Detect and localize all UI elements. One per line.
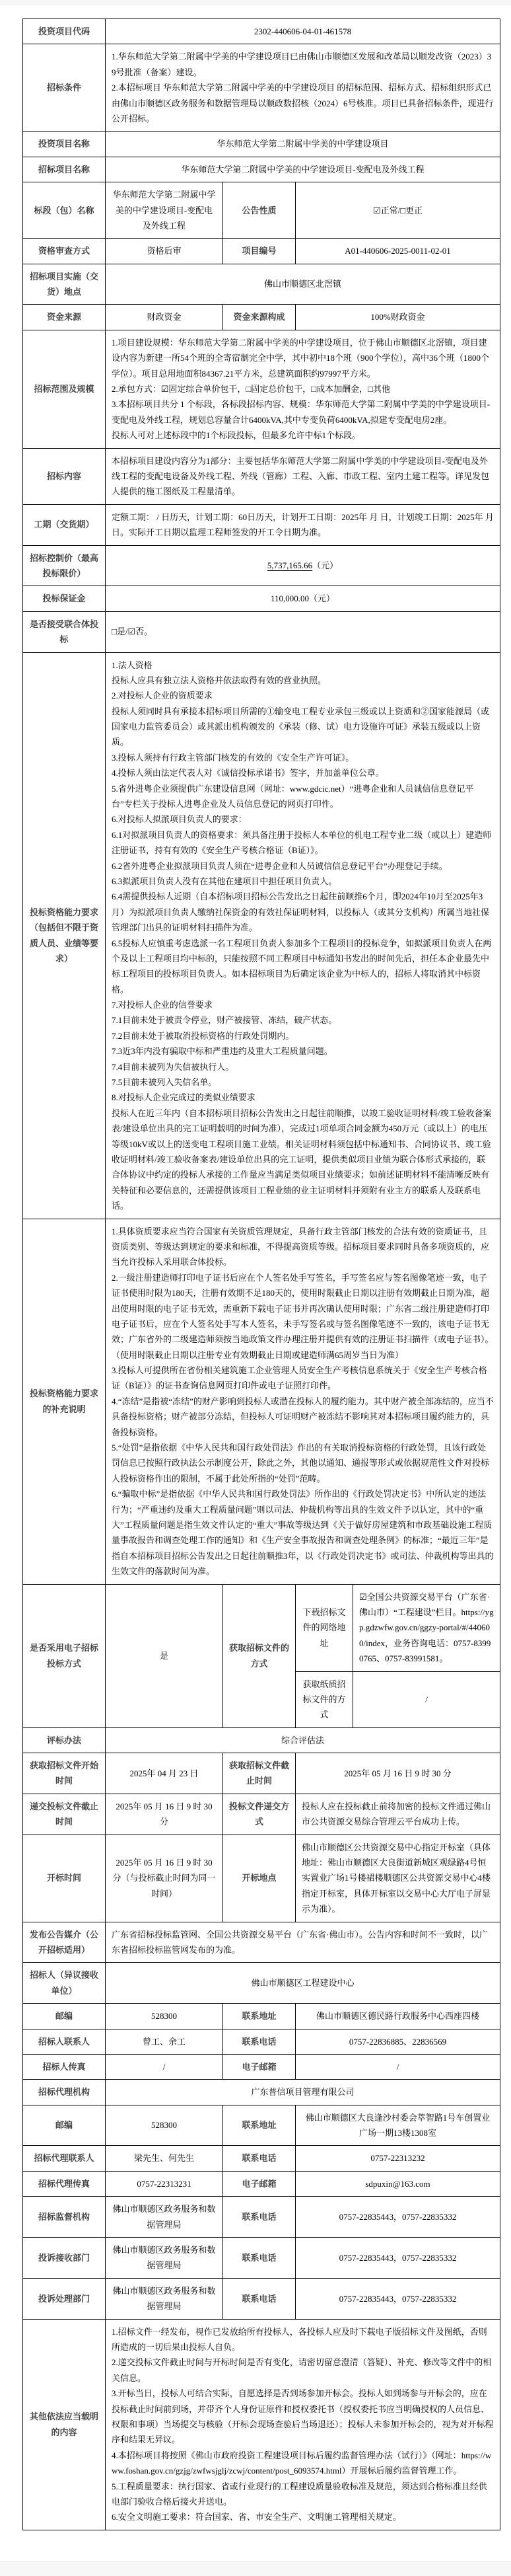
- complaint-handling-value: 佛山市顺德区政务服务和数据管理局: [106, 2278, 223, 2319]
- tenderer-email-value: /: [296, 2054, 500, 2079]
- row-tender-content: 招标内容 本招标项目建设内容分为1部分：主要包括华东师范大学第二附属中学美的中学…: [23, 448, 500, 504]
- row-construction-period: 工期（交货期） 定额工期： / 日历天，计划工期：60日历天，计划开工日期：20…: [23, 504, 500, 545]
- paper-documents-method-label: 获取纸质招标文件的方式: [296, 1671, 353, 1727]
- row-bid-deposit: 投标保证金 110,000.00（元）: [23, 586, 500, 611]
- complaint-handling-label: 投诉处理部门: [23, 2278, 106, 2319]
- tender-project-name-label: 招标项目名称: [23, 157, 106, 182]
- agency-fax-label: 招标代理传真: [23, 2171, 106, 2196]
- page-top-strip: [0, 0, 511, 5]
- construction-period-label: 工期（交货期）: [23, 504, 106, 545]
- complaint-receiving-value: 佛山市顺德区政务服务和数据管理局: [106, 2238, 223, 2279]
- agency-address-value: 佛山市顺德区大良逢沙村委会萃智路1号车创置业广场一期13楼1308室: [296, 2105, 500, 2146]
- project-number-value: A01-440606-2025-0011-02-01: [296, 239, 500, 264]
- row-qualification-review: 资格审查方式 资格后审 项目编号 A01-440606-2025-0011-02…: [23, 239, 500, 264]
- bid-deposit-value: 110,000.00（元）: [106, 586, 500, 611]
- announcement-nature-label: 公告性质: [223, 182, 296, 239]
- consortium-bidding-label: 是否接受联合体投标: [23, 611, 106, 652]
- agency-zip-label: 邮编: [23, 2105, 106, 2146]
- doc-obtain-start-label: 获取招标文件开始时间: [23, 1753, 106, 1794]
- agency-zip-value: 528300: [106, 2105, 223, 2146]
- tenderer-value: 佛山市顺德区工程建设中心: [106, 1963, 500, 2004]
- project-code-value: 2302-440606-04-01-461578: [106, 19, 500, 44]
- agency-label: 招标代理机构: [23, 2080, 106, 2105]
- row-project-code: 投资项目代码 2302-440606-04-01-461578: [23, 19, 500, 44]
- section-name-value: 华东师范大学第二附属中学美的中学建设项目-变配电及外线工程: [106, 182, 223, 239]
- row-agency: 招标代理机构 广东普信项目管理有限公司: [23, 2080, 500, 2105]
- complaint-receiving-label: 投诉接收部门: [23, 2238, 106, 2279]
- row-evaluation-method: 评标办法 综合评估法: [23, 1727, 500, 1753]
- paper-documents-method-value: /: [353, 1671, 500, 1727]
- row-electronic-bidding: 是否采用电子招标投标方式 是 获取招标文件的方式 下载招标文件的网络地址 ☑全国…: [23, 1584, 500, 1671]
- submission-method-label: 投标文件递交方式: [223, 1794, 296, 1835]
- tender-conditions-value: 1.华东师范大学第二附属中学美的中学建设项目已由佛山市顺德区发展和改革局以顺发改…: [106, 44, 500, 132]
- row-capability-requirements: 投标资格能力要求（包括但不限于资质人员、业绩等要求） 1.法人资格投标人应具有独…: [23, 652, 500, 1219]
- download-url-label: 下载招标文件的网络地址: [296, 1584, 353, 1671]
- complaint-handling-phone-value: 0757-22835443，0757-22835332: [296, 2278, 500, 2319]
- consortium-bidding-value: □是/☑否。: [106, 611, 500, 652]
- bid-opening-place-label: 开标地点: [223, 1835, 296, 1922]
- investment-project-name-value: 华东师范大学第二附属中学美的中学建设项目: [106, 132, 500, 157]
- capability-supplement-value: 1.具体资质要求应当符合国家有关资质管理规定，具备行政主管部门核发的合法有效的资…: [106, 1219, 500, 1584]
- download-url-value: ☑全国公共资源交易平台（广东省·佛山市）“工程建设”栏目。https://ygp…: [353, 1584, 500, 1671]
- row-tenderer-zip: 邮编 528300 联系地址 佛山市顺德区德民路行政服务中心西座四楼: [23, 2004, 500, 2029]
- row-agency-contact: 招标代理联系人 梁先生、何先生 联系电话 0757-22313232: [23, 2146, 500, 2171]
- control-price-label: 招标控制价（最高投标限价）: [23, 545, 106, 586]
- row-bid-opening: 开标时间 2025年 05 月 16 日 9 时 30 分（与投标截止时间为同一…: [23, 1835, 500, 1922]
- agency-phone-label: 联系电话: [223, 2146, 296, 2171]
- row-control-price: 招标控制价（最高投标限价） 5,737,165.66（元）: [23, 545, 500, 586]
- supervision-phone-label: 联系电话: [223, 2197, 296, 2238]
- fund-composition-value: 100%财政资金: [296, 305, 500, 330]
- investment-project-name-label: 投资项目名称: [23, 132, 106, 157]
- supervision-agency-label: 招标监督机构: [23, 2197, 106, 2238]
- project-number-label: 项目编号: [223, 239, 296, 264]
- tenderer-phone-label: 联系电话: [223, 2029, 296, 2054]
- row-tender-scope: 招标范围及规模 1.项目建设规模：华东师范大学第二附属中学美的中学建设项目，位于…: [23, 330, 500, 448]
- construction-period-value: 定额工期： / 日历天，计划工期：60日历天，计划开工日期：2025年 月 日，…: [106, 504, 500, 545]
- fund-source-value: 财政资金: [106, 305, 223, 330]
- row-document-times: 获取招标文件开始时间 2025年 04 月 23 日 获取招标文件截止时间 20…: [23, 1753, 500, 1794]
- qualification-review-value: 资格后审: [106, 239, 223, 264]
- doc-obtain-start-value: 2025年 04 月 23 日: [106, 1753, 223, 1794]
- agency-contact-label: 招标代理联系人: [23, 2146, 106, 2171]
- tender-announcement-table: 投资项目代码 2302-440606-04-01-461578 招标条件 1.华…: [22, 19, 500, 2530]
- electronic-bidding-value: 是: [106, 1584, 223, 1727]
- evaluation-method-label: 评标办法: [23, 1727, 106, 1753]
- bid-opening-time-label: 开标时间: [23, 1835, 106, 1922]
- tender-announcement-page: 投资项目代码 2302-440606-04-01-461578 招标条件 1.华…: [0, 5, 511, 2530]
- tenderer-contact-label: 招标人联系人: [23, 2029, 106, 2054]
- capability-requirements-value: 1.法人资格投标人应具有独立法人资格并依法取得有效的营业执照。2.对投标人企业的…: [106, 652, 500, 1219]
- bid-deposit-label: 投标保证金: [23, 586, 106, 611]
- row-agency-fax: 招标代理传真 0757-22313231 电子邮箱 sdpuxin@163.co…: [23, 2171, 500, 2196]
- row-investment-project-name: 投资项目名称 华东师范大学第二附属中学美的中学建设项目: [23, 132, 500, 157]
- tenderer-fax-label: 招标人传真: [23, 2054, 106, 2079]
- electronic-bidding-label: 是否采用电子招标投标方式: [23, 1584, 106, 1727]
- doc-obtain-deadline-label: 获取招标文件截止时间: [223, 1753, 296, 1794]
- submission-method-value: 投标人应在投标截止前将加密的投标文件通过佛山市公共资源交易综合管理云平台成功上传…: [296, 1794, 500, 1835]
- row-capability-supplement: 投标资格能力要求的补充说明 1.具体资质要求应当符合国家有关资质管理规定，具备行…: [23, 1219, 500, 1584]
- complaint-handling-phone-label: 联系电话: [223, 2278, 296, 2319]
- tender-scope-value: 1.项目建设规模：华东师范大学第二附属中学美的中学建设项目，位于佛山市顺德区北滘…: [106, 330, 500, 448]
- fund-composition-label: 资金来源构成: [223, 305, 296, 330]
- tender-content-label: 招标内容: [23, 448, 106, 504]
- row-fund-source: 资金来源 财政资金 资金来源构成 100%财政资金: [23, 305, 500, 330]
- agency-address-label: 联系地址: [223, 2105, 296, 2146]
- delivery-location-value: 佛山市顺德区北滘镇: [106, 264, 500, 305]
- announcement-media-value: 广东省招标投标监管网、全国公共资源交易平台（广东省·佛山市）。公告内容和时间不一…: [106, 1922, 500, 1963]
- tenderer-address-label: 联系地址: [223, 2004, 296, 2029]
- capability-requirements-label: 投标资格能力要求（包括但不限于资质人员、业绩等要求）: [23, 652, 106, 1219]
- bid-opening-place-value: 佛山市顺德区公共资源交易中心指定开标室（具体地址：佛山市顺德区大良街道新城区观绿…: [296, 1835, 500, 1922]
- tenderer-contact-value: 曾工、余工: [106, 2029, 223, 2054]
- doc-obtain-deadline-value: 2025年 05 月 16 日 9 时 30 分: [296, 1753, 500, 1794]
- tenderer-phone-value: 0757-22836885、22836569: [296, 2029, 500, 2054]
- row-complaint-receiving: 投诉接收部门 佛山市顺德区政务服务和数据管理局 联系电话 0757-228354…: [23, 2238, 500, 2279]
- other-contents-label: 其他依法应当载明的内容: [23, 2319, 106, 2530]
- page-bottom-strip: [0, 2561, 511, 2576]
- fund-source-label: 资金来源: [23, 305, 106, 330]
- row-tender-conditions: 招标条件 1.华东师范大学第二附属中学美的中学建设项目已由佛山市顺德区发展和改革…: [23, 44, 500, 132]
- agency-contact-value: 梁先生、何先生: [106, 2146, 223, 2171]
- tender-conditions-label: 招标条件: [23, 44, 106, 132]
- row-tenderer-contact: 招标人联系人 曾工、余工 联系电话 0757-22836885、22836569: [23, 2029, 500, 2054]
- row-complaint-handling: 投诉处理部门 佛山市顺德区政务服务和数据管理局 联系电话 0757-228354…: [23, 2278, 500, 2319]
- agency-value: 广东普信项目管理有限公司: [106, 2080, 500, 2105]
- row-tenderer-fax: 招标人传真 / 电子邮箱 /: [23, 2054, 500, 2079]
- tenderer-zip-value: 528300: [106, 2004, 223, 2029]
- row-agency-zip: 邮编 528300 联系地址 佛山市顺德区大良逢沙村委会萃智路1号车创置业广场一…: [23, 2105, 500, 2146]
- row-submission: 递交投标文件截止时间 2025年 05 月 16 日 9 时 30 分 投标文件…: [23, 1794, 500, 1835]
- control-price-unit: （元）: [312, 560, 338, 570]
- bid-opening-time-value: 2025年 05 月 16 日 9 时 30 分（与投标截止时间为同一时间）: [106, 1835, 223, 1922]
- qualification-review-label: 资格审查方式: [23, 239, 106, 264]
- row-other-contents: 其他依法应当载明的内容 1.招标文件一经发布，视作已发放给所有投标人，各投标人应…: [23, 2319, 500, 2530]
- complaint-receiving-phone-label: 联系电话: [223, 2238, 296, 2279]
- tender-content-value: 本招标项目建设内容分为1部分：主要包括华东师范大学第二附属中学美的中学建设项目-…: [106, 448, 500, 504]
- other-contents-value: 1.招标文件一经发布，视作已发放给所有投标人，各投标人应及时下载电子版招标文件及…: [106, 2319, 500, 2530]
- supervision-phone-value: 0757-22835443，0757-22835332: [296, 2197, 500, 2238]
- row-tender-project-name: 招标项目名称 华东师范大学第二附属中学美的中学建设项目-变配电及外线工程: [23, 157, 500, 182]
- control-price-amount: 5,737,165.66: [267, 560, 312, 570]
- tender-project-name-value: 华东师范大学第二附属中学美的中学建设项目-变配电及外线工程: [106, 157, 500, 182]
- complaint-receiving-phone-value: 0757-22835443，0757-22835332: [296, 2238, 500, 2279]
- tenderer-label: 招标人（异议接收单位）: [23, 1963, 106, 2004]
- project-code-label: 投资项目代码: [23, 19, 106, 44]
- agency-email-value: sdpuxin@163.com: [296, 2171, 500, 2196]
- capability-supplement-label: 投标资格能力要求的补充说明: [23, 1219, 106, 1584]
- row-section-name: 标段（包）名称 华东师范大学第二附属中学美的中学建设项目-变配电及外线工程 公告…: [23, 182, 500, 239]
- submission-deadline-value: 2025年 05 月 16 日 9 时 30 分: [106, 1794, 223, 1835]
- delivery-location-label: 招标项目实施（交货）地点: [23, 264, 106, 305]
- agency-fax-value: 0757-22313231: [106, 2171, 223, 2196]
- row-tenderer: 招标人（异议接收单位） 佛山市顺德区工程建设中心: [23, 1963, 500, 2004]
- obtain-documents-method-label: 获取招标文件的方式: [223, 1584, 296, 1727]
- supervision-agency-value: 佛山市顺德区政务服务和数据管理局: [106, 2197, 223, 2238]
- control-price-value: 5,737,165.66（元）: [106, 545, 500, 586]
- evaluation-method-value: 综合评估法: [106, 1727, 500, 1753]
- section-name-label: 标段（包）名称: [23, 182, 106, 239]
- row-delivery-location: 招标项目实施（交货）地点 佛山市顺德区北滘镇: [23, 264, 500, 305]
- tenderer-address-value: 佛山市顺德区德民路行政服务中心西座四楼: [296, 2004, 500, 2029]
- submission-deadline-label: 递交投标文件截止时间: [23, 1794, 106, 1835]
- announcement-media-label: 发布公告媒介（公开招标适用）: [23, 1922, 106, 1963]
- tenderer-zip-label: 邮编: [23, 2004, 106, 2029]
- tenderer-email-label: 电子邮箱: [223, 2054, 296, 2079]
- agency-email-label: 电子邮箱: [223, 2171, 296, 2196]
- announcement-nature-value: ☑正常/□更正: [296, 182, 500, 239]
- tender-scope-label: 招标范围及规模: [23, 330, 106, 448]
- row-announcement-media: 发布公告媒介（公开招标适用） 广东省招标投标监管网、全国公共资源交易平台（广东省…: [23, 1922, 500, 1963]
- row-supervision: 招标监督机构 佛山市顺德区政务服务和数据管理局 联系电话 0757-228354…: [23, 2197, 500, 2238]
- tenderer-fax-value: /: [106, 2054, 223, 2079]
- agency-phone-value: 0757-22313232: [296, 2146, 500, 2171]
- row-consortium-bidding: 是否接受联合体投标 □是/☑否。: [23, 611, 500, 652]
